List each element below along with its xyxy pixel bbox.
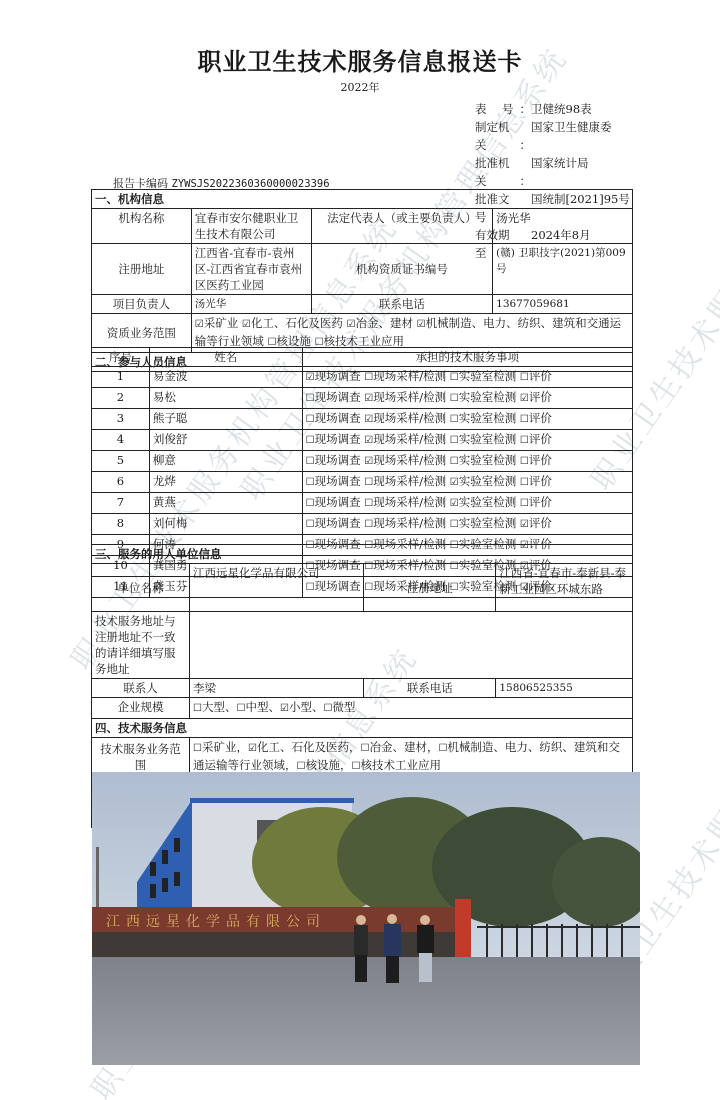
size-label: 企业规模 bbox=[92, 698, 190, 719]
person-name: 易松 bbox=[149, 388, 302, 409]
service-label: 评价 bbox=[529, 411, 552, 425]
checked-box-icon: ☑ bbox=[195, 319, 204, 330]
contact-label: 联系人 bbox=[92, 679, 190, 698]
table-row: 1易金波☑现场调查 ☐现场采样/检测 ☐实验室检测 ☐评价 bbox=[92, 367, 633, 388]
person-services: ☐现场调查 ☐现场采样/检测 ☑实验室检测 ☐评价 bbox=[302, 472, 632, 493]
unchecked-box-icon: ☐ bbox=[450, 393, 459, 404]
service-label: 实验室检测 bbox=[459, 411, 520, 425]
checked-box-icon: ☑ bbox=[520, 519, 529, 530]
service-label: 评价 bbox=[529, 516, 552, 530]
project-lead: 汤光华 bbox=[191, 295, 311, 314]
service-label: 现场采样/检测 bbox=[373, 390, 450, 404]
service-label: 现场调查 bbox=[315, 516, 365, 530]
service-address-label: 技术服务地址与注册地址不一致的请详细填写服务地址 bbox=[92, 612, 190, 679]
service-label: 实验室检测 bbox=[459, 474, 520, 488]
service-label: 现场调查 bbox=[315, 474, 365, 488]
checked-box-icon: ☑ bbox=[248, 743, 257, 754]
unchecked-box-icon: ☐ bbox=[306, 477, 315, 488]
site-photo-illustration: 江西远星化学品有限公司 bbox=[92, 772, 640, 1065]
person-name: 柳意 bbox=[149, 451, 302, 472]
person-no: 8 bbox=[92, 514, 150, 535]
service-label: 实验室检测 bbox=[459, 369, 520, 383]
service-label: 实验室检测 bbox=[459, 453, 520, 467]
org-name: 宜春市安尔健职业卫生技术有限公司 bbox=[191, 209, 311, 244]
page-title: 职业卫生技术服务信息报送卡 bbox=[0, 42, 720, 77]
checkbox-label: 核技术工业应用 bbox=[360, 758, 441, 772]
checkbox-label: 化工、石化及医药， bbox=[257, 740, 361, 754]
project-lead-label: 项目负责人 bbox=[92, 295, 192, 314]
unchecked-box-icon: ☐ bbox=[306, 519, 315, 530]
service-label: 现场调查 bbox=[315, 411, 365, 425]
checkbox-label: 核技术工业应用 bbox=[324, 334, 405, 348]
unchecked-box-icon: ☐ bbox=[450, 435, 459, 446]
unchecked-box-icon: ☐ bbox=[306, 393, 315, 404]
cert-label: 机构资质证书编号 bbox=[311, 244, 493, 295]
unchecked-box-icon: ☐ bbox=[520, 498, 529, 509]
checkbox-label: 冶金、建材， bbox=[369, 740, 438, 754]
service-label: 评价 bbox=[529, 369, 552, 383]
person-no: 1 bbox=[92, 367, 150, 388]
service-label: 实验室检测 bbox=[459, 432, 520, 446]
person-name: 易金波 bbox=[149, 367, 302, 388]
service-label: 现场采样/检测 bbox=[373, 516, 450, 530]
unchecked-box-icon: ☐ bbox=[297, 761, 306, 772]
unchecked-box-icon: ☐ bbox=[364, 477, 373, 488]
unchecked-box-icon: ☐ bbox=[520, 372, 529, 383]
checkbox-label: 中型、 bbox=[245, 700, 280, 714]
checked-box-icon: ☑ bbox=[520, 393, 529, 404]
checkbox-label: 微型 bbox=[332, 700, 355, 714]
unchecked-box-icon: ☐ bbox=[450, 456, 459, 467]
unchecked-box-icon: ☐ bbox=[520, 414, 529, 425]
reg-address: 江西省-宜春市-袁州区-江西省宜春市袁州区医药工业园 bbox=[191, 244, 311, 295]
unchecked-box-icon: ☐ bbox=[193, 703, 202, 714]
checked-box-icon: ☑ bbox=[364, 414, 373, 425]
table-row: 8刘何梅☐现场调查 ☐现场采样/检测 ☐实验室检测 ☑评价 bbox=[92, 514, 633, 535]
service-label: 现场调查 bbox=[315, 432, 365, 446]
service-label: 现场采样/检测 bbox=[373, 369, 450, 383]
unchecked-box-icon: ☐ bbox=[364, 372, 373, 383]
unchecked-box-icon: ☐ bbox=[520, 456, 529, 467]
unit-name-label: 单位名称 bbox=[92, 564, 190, 612]
report-year: 2022年 bbox=[0, 79, 720, 95]
person-no: 6 bbox=[92, 472, 150, 493]
service-scope: ☐采矿业，☑化工、石化及医药，☐冶金、建材，☐机械制造、电力、纺织、建筑和交通运… bbox=[190, 738, 633, 777]
checked-box-icon: ☑ bbox=[417, 319, 426, 330]
checked-box-icon: ☑ bbox=[280, 703, 289, 714]
unchecked-box-icon: ☐ bbox=[450, 519, 459, 530]
service-label: 现场调查 bbox=[315, 369, 365, 383]
person-services: ☐现场调查 ☐现场采样/检测 ☑实验室检测 ☐评价 bbox=[302, 493, 632, 514]
unit-phone-label: 联系电话 bbox=[364, 679, 496, 698]
unchecked-box-icon: ☐ bbox=[450, 414, 459, 425]
person-services: ☐现场调查 ☑现场采样/检测 ☐实验室检测 ☐评价 bbox=[302, 430, 632, 451]
checkbox-label: 核设施 bbox=[276, 334, 314, 348]
checkbox-label: 化工、石化及医药 bbox=[251, 316, 347, 330]
unchecked-box-icon: ☐ bbox=[520, 477, 529, 488]
unit-reg-address: 江西省-宜春市-奉新县-奉新工业园区环城东路 bbox=[496, 564, 633, 612]
cert-no: (赣) 卫职技字(2021)第009号 bbox=[493, 244, 633, 295]
person-no: 2 bbox=[92, 388, 150, 409]
checked-box-icon: ☑ bbox=[242, 319, 251, 330]
enterprise-size: ☐大型、☐中型、☑小型、☐微型 bbox=[190, 698, 633, 719]
person-services: ☑现场调查 ☐现场采样/检测 ☐实验室检测 ☐评价 bbox=[302, 367, 632, 388]
service-scope-label: 技术服务业务范围 bbox=[92, 738, 190, 777]
table-row: 2易松☐现场调查 ☑现场采样/检测 ☐实验室检测 ☑评价 bbox=[92, 388, 633, 409]
meta-row: 表 号：卫健统98表 bbox=[475, 100, 630, 118]
service-label: 评价 bbox=[529, 495, 552, 509]
checked-box-icon: ☑ bbox=[306, 372, 315, 383]
service-label: 现场调查 bbox=[315, 390, 365, 404]
checkbox-label: 采矿业 bbox=[204, 316, 242, 330]
col-services: 承担的技术服务事项 bbox=[302, 348, 632, 367]
unchecked-box-icon: ☐ bbox=[306, 414, 315, 425]
service-label: 现场采样/检测 bbox=[373, 411, 450, 425]
service-label: 实验室检测 bbox=[459, 516, 520, 530]
service-label: 评价 bbox=[529, 474, 552, 488]
checkbox-label: 核设施， bbox=[306, 758, 352, 772]
service-label: 评价 bbox=[529, 453, 552, 467]
service-label: 实验室检测 bbox=[459, 390, 520, 404]
person-no: 3 bbox=[92, 409, 150, 430]
unchecked-box-icon: ☐ bbox=[306, 498, 315, 509]
meta-value: 国家卫生健康委 bbox=[531, 118, 612, 154]
checkbox-label: 大型、 bbox=[202, 700, 237, 714]
meta-row: 制定机关：国家卫生健康委 bbox=[475, 118, 630, 154]
person-services: ☐现场调查 ☑现场采样/检测 ☐实验室检测 ☐评价 bbox=[302, 409, 632, 430]
reg-address-label: 注册地址 bbox=[92, 244, 192, 295]
col-name: 姓名 bbox=[149, 348, 302, 367]
service-label: 现场采样/检测 bbox=[373, 453, 450, 467]
meta-row: 批准机关：国家统计局 bbox=[475, 154, 630, 190]
site-photo: 江西远星化学品有限公司 bbox=[92, 772, 640, 1065]
person-name: 黄燕 bbox=[149, 493, 302, 514]
checked-box-icon: ☑ bbox=[364, 393, 373, 404]
org-info-table: 一、机构信息 机构名称 宜春市安尔健职业卫生技术有限公司 法定代表人（或主要负责… bbox=[91, 189, 633, 372]
unchecked-box-icon: ☐ bbox=[306, 456, 315, 467]
person-no: 4 bbox=[92, 430, 150, 451]
service-label: 现场采样/检测 bbox=[373, 474, 450, 488]
person-name: 熊子聪 bbox=[149, 409, 302, 430]
company-sign: 江西远星化学品有限公司 bbox=[106, 914, 326, 930]
person-services: ☐现场调查 ☑现场采样/检测 ☐实验室检测 ☐评价 bbox=[302, 451, 632, 472]
table-row: 7黄燕☐现场调查 ☐现场采样/检测 ☑实验室检测 ☐评价 bbox=[92, 493, 633, 514]
meta-value: 国家统计局 bbox=[531, 154, 589, 190]
service-address bbox=[190, 612, 633, 679]
person-no: 7 bbox=[92, 493, 150, 514]
service-label: 实验室检测 bbox=[459, 495, 520, 509]
table-row: 5柳意☐现场调查 ☑现场采样/检测 ☐实验室检测 ☐评价 bbox=[92, 451, 633, 472]
unchecked-box-icon: ☐ bbox=[306, 435, 315, 446]
unchecked-box-icon: ☐ bbox=[450, 372, 459, 383]
service-label: 现场采样/检测 bbox=[373, 432, 450, 446]
person-name: 龙烨 bbox=[149, 472, 302, 493]
unchecked-box-icon: ☐ bbox=[364, 519, 373, 530]
checked-box-icon: ☑ bbox=[364, 456, 373, 467]
unchecked-box-icon: ☐ bbox=[520, 435, 529, 446]
checkbox-label: 小型、 bbox=[289, 700, 324, 714]
person-services: ☐现场调查 ☑现场采样/检测 ☐实验室检测 ☑评价 bbox=[302, 388, 632, 409]
service-label: 评价 bbox=[529, 390, 552, 404]
person-no: 5 bbox=[92, 451, 150, 472]
meta-key: 表 号： bbox=[475, 100, 531, 118]
legal-rep: 汤光华 bbox=[493, 209, 633, 244]
service-label: 现场调查 bbox=[315, 495, 365, 509]
checked-box-icon: ☑ bbox=[364, 435, 373, 446]
service-label: 现场采样/检测 bbox=[373, 495, 450, 509]
unit-name: 江西远星化学品有限公司 bbox=[190, 564, 364, 612]
meta-key: 制定机关： bbox=[475, 118, 531, 154]
checked-box-icon: ☑ bbox=[347, 319, 356, 330]
table-row: 4刘俊舒☐现场调查 ☑现场采样/检测 ☐实验室检测 ☐评价 bbox=[92, 430, 633, 451]
checked-box-icon: ☑ bbox=[450, 498, 459, 509]
section-service-title: 四、技术服务信息 bbox=[92, 719, 633, 738]
contact: 李梁 bbox=[190, 679, 364, 698]
checkbox-label: 采矿业， bbox=[202, 740, 248, 754]
meta-value: 卫健统98表 bbox=[531, 100, 592, 118]
table-row: 3熊子聪☐现场调查 ☑现场采样/检测 ☐实验室检测 ☐评价 bbox=[92, 409, 633, 430]
person-name: 刘何梅 bbox=[149, 514, 302, 535]
table-row: 6龙烨☐现场调查 ☐现场采样/检测 ☑实验室检测 ☐评价 bbox=[92, 472, 633, 493]
unit-phone: 15806525355 bbox=[496, 679, 633, 698]
checkbox-label: 冶金、建材 bbox=[356, 316, 417, 330]
person-services: ☐现场调查 ☐现场采样/检测 ☐实验室检测 ☑评价 bbox=[302, 514, 632, 535]
unchecked-box-icon: ☐ bbox=[364, 498, 373, 509]
unit-reg-address-label: 注册地址 bbox=[364, 564, 496, 612]
service-label: 现场调查 bbox=[315, 453, 365, 467]
org-name-label: 机构名称 bbox=[92, 209, 192, 244]
org-phone: 13677059681 bbox=[493, 295, 633, 314]
meta-key: 批准机关： bbox=[475, 154, 531, 190]
section-org-info-title: 一、机构信息 bbox=[92, 190, 633, 209]
service-label: 评价 bbox=[529, 432, 552, 446]
unchecked-box-icon: ☐ bbox=[193, 743, 202, 754]
col-no: 序号 bbox=[92, 348, 150, 367]
org-phone-label: 联系电话 bbox=[311, 295, 493, 314]
section-employer-title: 三、服务的用人单位信息 bbox=[92, 545, 633, 564]
legal-rep-label: 法定代表人（或主要负责人） bbox=[311, 209, 493, 244]
checked-box-icon: ☑ bbox=[450, 477, 459, 488]
person-name: 刘俊舒 bbox=[149, 430, 302, 451]
